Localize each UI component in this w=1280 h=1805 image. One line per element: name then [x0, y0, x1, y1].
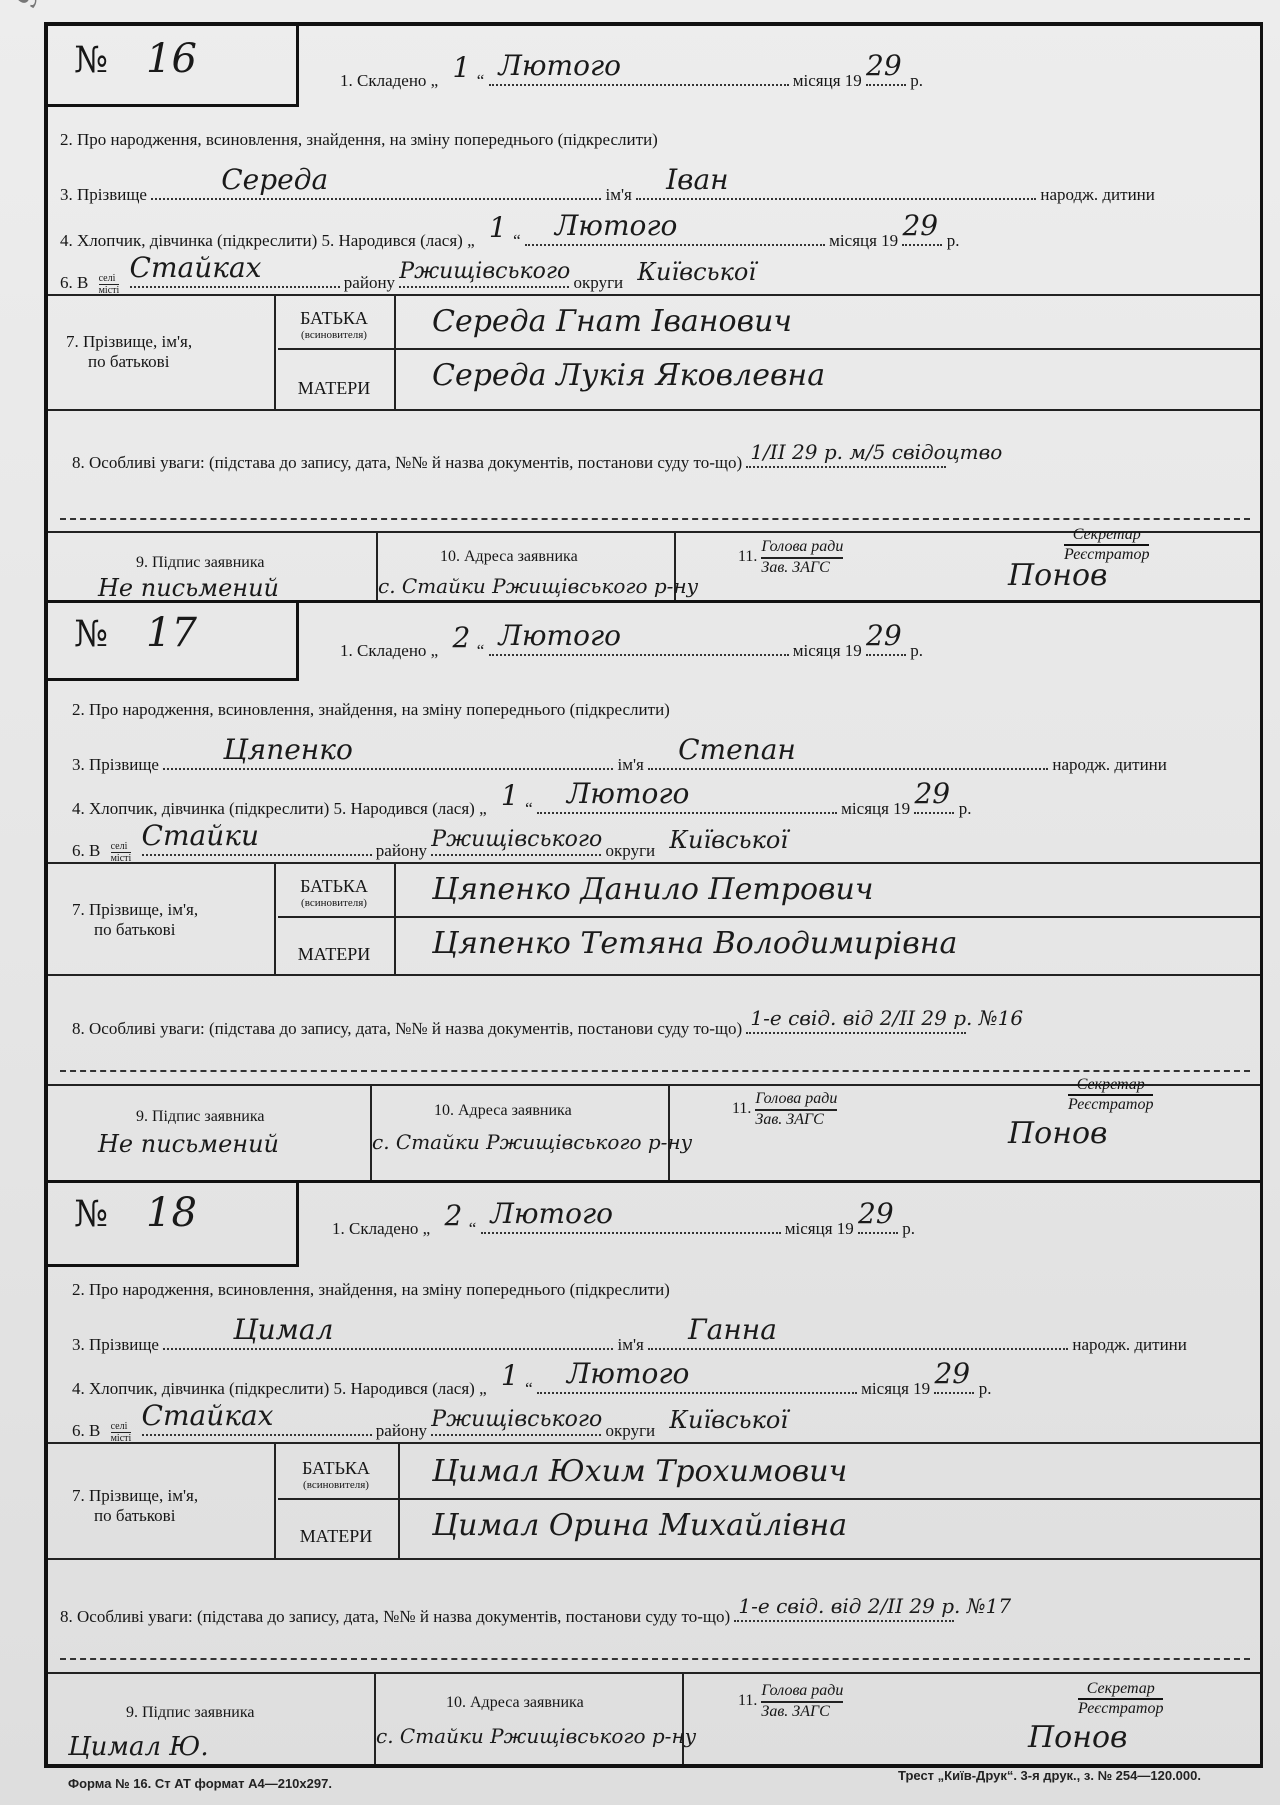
- register-form: № 16 1. Складено „ 1 “ Лютого місяця 19 …: [44, 22, 1263, 1768]
- father-name: Цяпенко Данило Петрович: [432, 872, 874, 907]
- registrar-signature: Понов: [1008, 558, 1108, 593]
- compiled-year: 29: [866, 49, 902, 82]
- record-number: 16: [146, 36, 197, 82]
- birth-village: Стайках: [130, 251, 262, 284]
- mother-caption: МАТЕРИ: [274, 378, 394, 399]
- field-compiled: 1. Складено „ 2 “ Лютого місяця 19 29 р.: [332, 1210, 915, 1239]
- field-compiled: 1. Складено „ 2 “ Лютого місяця 19 29 р.: [340, 632, 923, 661]
- birth-month: Лютого: [555, 209, 677, 242]
- registrar-title: Секретар Реєстратор: [1068, 1076, 1153, 1114]
- mother-name: Цяпенко Тетяна Володимирівна: [432, 926, 957, 961]
- compiled-month: Лютого: [499, 619, 621, 652]
- field-sex-birthdate: 4. Хлопчик, дівчинка (підкреслити) 5. На…: [60, 222, 959, 251]
- official-title: 11. Голова ради Зав. ЗАГС: [732, 1090, 837, 1129]
- birth-okruga: Київської: [637, 258, 756, 286]
- notes: 1/ІІ 29 р. м/5 свідоцтво: [750, 440, 1002, 464]
- field-birthplace: 6. В селі місті Стайках району Ржищівськ…: [60, 264, 827, 296]
- field-event-type: 2. Про народження, всиновлення, знайденн…: [72, 700, 670, 720]
- record-18: № 18 1. Складено „ 2 “ Лютого місяця 19 …: [48, 1180, 1260, 1764]
- child-name: Степан: [678, 733, 796, 766]
- birth-year: 29: [934, 1357, 970, 1390]
- field-event-type: 2. Про народження, всиновлення, знайденн…: [72, 1280, 670, 1300]
- applicant-signature-label: 9. Підпис заявника: [136, 554, 264, 572]
- applicant-address: с. Стайки Ржищівського р-ну: [376, 1724, 696, 1748]
- record-number-box: № 18: [48, 1180, 299, 1267]
- record-17: № 17 1. Складено „ 2 “ Лютого місяця 19 …: [48, 600, 1260, 1183]
- birth-okruga: Київської: [669, 1406, 788, 1434]
- compiled-year: 29: [858, 1197, 894, 1230]
- mother-name: Цимал Орина Михайлівна: [432, 1508, 847, 1543]
- mother-caption: МАТЕРИ: [274, 944, 394, 965]
- field-surname-name: 3. Прізвище Середа ім'я Іван народж. дит…: [60, 176, 1155, 205]
- village-city-fraction: селі місті: [111, 1421, 132, 1444]
- field-event-type: 2. Про народження, всиновлення, знайденн…: [60, 130, 658, 150]
- child-surname: Цяпенко: [223, 733, 353, 766]
- birth-village: Стайки: [142, 819, 259, 852]
- applicant-address-label: 10. Адреса заявника: [434, 1102, 572, 1120]
- record-16: № 16 1. Складено „ 1 “ Лютого місяця 19 …: [48, 26, 1260, 603]
- compiled-month: Лютого: [491, 1197, 613, 1230]
- notes: 1-е свід. від 2/ІІ 29 р. №16: [750, 1006, 1023, 1030]
- number-sign: №: [74, 1194, 108, 1235]
- field-notes: 8. Особливі уваги: (підстава до запису, …: [60, 1598, 954, 1627]
- document-page: 96 № 16 1. Складено „ 1 “ Лютого місяця …: [0, 0, 1280, 1805]
- official-title: 11. Голова ради Зав. ЗАГС: [738, 1682, 843, 1721]
- field-surname-name: 3. Прізвище Цимал ім'я Ганна народж. дит…: [72, 1326, 1187, 1355]
- registrar-signature: Понов: [1008, 1116, 1108, 1151]
- birth-raion: Ржищівського: [399, 259, 570, 284]
- birth-month: Лютого: [567, 777, 689, 810]
- record-number-box: № 17: [48, 600, 299, 681]
- child-name: Ганна: [688, 1313, 777, 1346]
- birth-okruga: Київської: [669, 826, 788, 854]
- mother-caption: МАТЕРИ: [274, 1526, 398, 1547]
- parents-label: 7. Прізвище, ім'я, по батькові: [72, 1486, 198, 1526]
- compiled-year: 29: [866, 619, 902, 652]
- number-sign: №: [74, 614, 108, 655]
- compiled-month: Лютого: [499, 49, 621, 82]
- registrar-title: Секретар Реєстратор: [1078, 1680, 1163, 1718]
- father-caption: БАТЬКА (всиновителя): [274, 876, 394, 909]
- compiled-day: 2: [452, 621, 470, 654]
- birth-village: Стайках: [142, 1399, 274, 1432]
- field-sex-birthdate: 4. Хлопчик, дівчинка (підкреслити) 5. На…: [72, 790, 971, 819]
- applicant-address: с. Стайки Ржищівського р-ну: [378, 574, 698, 598]
- form-footer-left: Форма № 16. Ст АТ формат А4—210х297.: [68, 1776, 332, 1791]
- father-name: Середа Гнат Іванович: [432, 304, 792, 339]
- printer-footer-right: Трест „Київ-Друк“. 3-я друк., з. № 254—1…: [898, 1768, 1201, 1783]
- applicant-address-label: 10. Адреса заявника: [440, 548, 578, 566]
- registrar-signature: Понов: [1028, 1720, 1128, 1755]
- field-sex-birthdate: 4. Хлопчик, дівчинка (підкреслити) 5. На…: [72, 1370, 991, 1399]
- field-notes: 8. Особливі уваги: (підстава до запису, …: [72, 444, 946, 473]
- parents-label: 7. Прізвище, ім'я, по батькові: [72, 900, 198, 940]
- compiled-day: 2: [444, 1199, 462, 1232]
- birth-day: 1: [501, 779, 519, 812]
- child-name: Іван: [666, 163, 729, 196]
- official-title: 11. Голова ради Зав. ЗАГС: [738, 538, 843, 577]
- applicant-address: с. Стайки Ржищівського р-ну: [372, 1130, 692, 1154]
- mother-name: Середа Лукія Яковлевна: [432, 358, 825, 393]
- field-notes: 8. Особливі уваги: (підстава до запису, …: [72, 1010, 966, 1039]
- margin-note: 96: [8, 0, 54, 12]
- applicant-signature: Не письмений: [98, 1130, 279, 1158]
- field-compiled: 1. Складено „ 1 “ Лютого місяця 19 29 р.: [340, 62, 923, 91]
- applicant-signature: Цимал Ю.: [68, 1732, 209, 1762]
- father-name: Цимал Юхим Трохимович: [432, 1454, 847, 1489]
- record-number: 18: [146, 1190, 197, 1236]
- compiled-day: 1: [452, 51, 470, 84]
- applicant-address-label: 10. Адреса заявника: [446, 1694, 584, 1712]
- number-sign: №: [74, 40, 108, 81]
- field-surname-name: 3. Прізвище Цяпенко ім'я Степан народж. …: [72, 746, 1167, 775]
- field-birthplace: 6. В селі місті Стайках району Ржищівськ…: [72, 1412, 859, 1444]
- applicant-signature: Не письмений: [98, 574, 279, 602]
- notes: 1-е свід. від 2/ІІ 29 р. №17: [738, 1594, 1011, 1618]
- father-caption: БАТЬКА (всиновителя): [274, 308, 394, 341]
- field-birthplace: 6. В селі місті Стайки району Ржищівсько…: [72, 832, 859, 864]
- birth-day: 1: [489, 211, 507, 244]
- child-surname: Цимал: [233, 1313, 333, 1346]
- applicant-signature-label: 9. Підпис заявника: [136, 1108, 264, 1126]
- birth-raion: Ржищівського: [431, 827, 602, 852]
- record-number-box: № 16: [48, 26, 299, 107]
- village-city-fraction: селі місті: [111, 841, 132, 864]
- record-number: 17: [146, 610, 197, 656]
- applicant-signature-label: 9. Підпис заявника: [126, 1704, 254, 1722]
- birth-year: 29: [914, 777, 950, 810]
- birth-day: 1: [501, 1359, 519, 1392]
- birth-raion: Ржищівського: [431, 1407, 602, 1432]
- parents-label: 7. Прізвище, ім'я, по батькові: [66, 332, 192, 372]
- village-city-fraction: селі місті: [99, 273, 120, 296]
- birth-year: 29: [902, 209, 938, 242]
- father-caption: БАТЬКА (всиновителя): [274, 1458, 398, 1491]
- child-surname: Середа: [221, 163, 328, 196]
- birth-month: Лютого: [567, 1357, 689, 1390]
